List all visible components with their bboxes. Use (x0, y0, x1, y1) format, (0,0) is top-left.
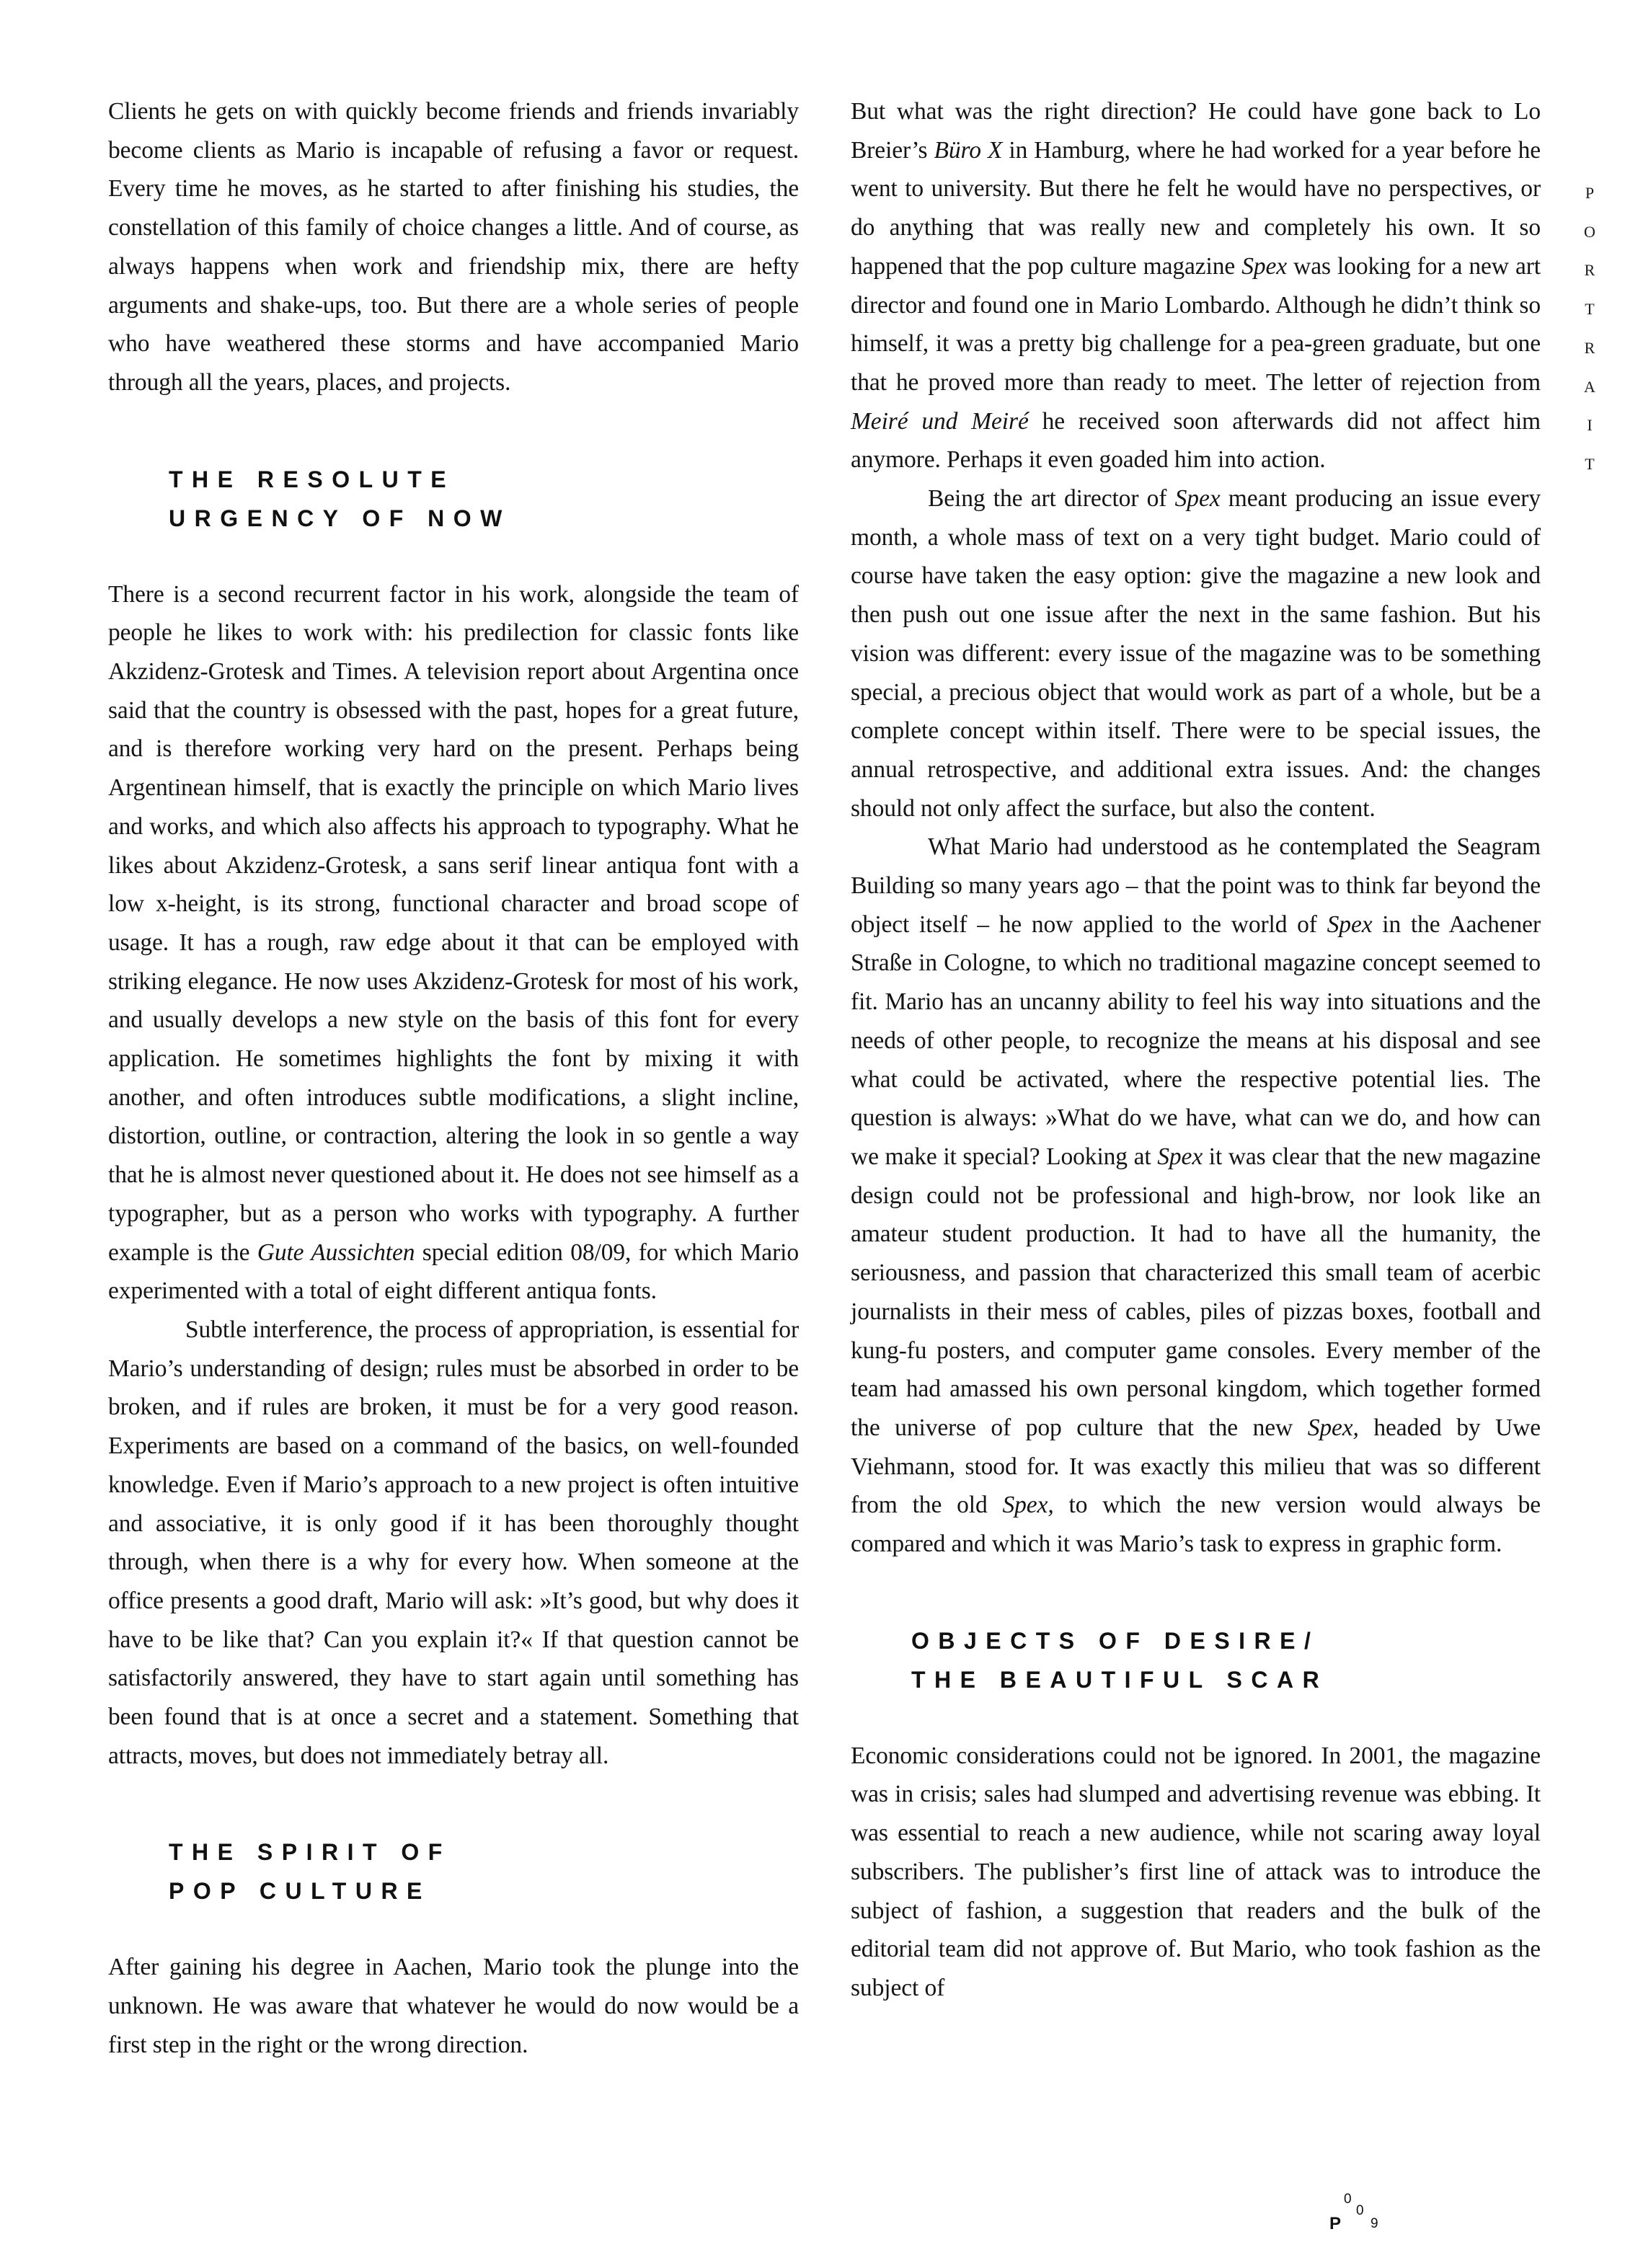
paragraph: But what was the right direction? He cou… (851, 92, 1541, 479)
italic-title: Spex (1175, 485, 1221, 512)
label-letter: O (1579, 213, 1600, 252)
italic-title: Meiré und Meiré (851, 408, 1029, 435)
page-number-digit: 0 (1344, 2192, 1352, 2207)
text-run: it was clear that the new magazine desig… (851, 1143, 1541, 1441)
italic-title: Spex, (1308, 1414, 1359, 1441)
label-letter: I (1579, 406, 1600, 445)
label-letter: T (1579, 445, 1600, 484)
page-number: P 0 0 9 (1312, 2192, 1399, 2249)
spacer (108, 1775, 799, 1833)
page-number-digit: 9 (1371, 2216, 1378, 2232)
heading-line: OBJECTS OF DESIRE/ (911, 1621, 1541, 1660)
text-run: Being the art director of (928, 485, 1175, 512)
italic-title: Spex (1241, 253, 1287, 280)
left-column: Clients he gets on with quickly become f… (108, 92, 799, 2065)
section-heading-resolute-urgency: THE RESOLUTE URGENCY OF NOW (108, 460, 799, 538)
right-column: But what was the right direction? He cou… (851, 92, 1541, 2008)
italic-title: Spex (1157, 1143, 1203, 1170)
paragraph: After gaining his degree in Aachen, Mari… (108, 1948, 799, 2064)
text-run: meant producing an issue every month, a … (851, 485, 1541, 822)
label-letter: T (1579, 290, 1600, 329)
book-page: Clients he gets on with quickly become f… (0, 0, 1625, 2268)
heading-line: THE BEAUTIFUL SCAR (911, 1660, 1541, 1699)
page-number-prefix: P (1329, 2214, 1341, 2234)
vertical-section-label-portrait: P O R T R A I T (1579, 174, 1600, 484)
italic-title: Spex (1327, 911, 1373, 938)
paragraph: Economic considerations could not be ign… (851, 1737, 1541, 2008)
paragraph: Clients he gets on with quickly become f… (108, 92, 799, 402)
spacer (108, 402, 799, 460)
paragraph: Subtle interference, the process of appr… (108, 1311, 799, 1775)
heading-line: THE RESOLUTE (169, 460, 799, 499)
spacer (108, 1910, 799, 1948)
italic-title: Büro X (934, 137, 1003, 164)
paragraph: What Mario had understood as he contempl… (851, 828, 1541, 1563)
heading-line: THE SPIRIT OF (169, 1833, 799, 1871)
spacer (851, 1699, 1541, 1737)
section-heading-spirit-of-pop-culture: THE SPIRIT OF POP CULTURE (108, 1833, 799, 1910)
paragraph: There is a second recurrent factor in hi… (108, 575, 799, 1311)
heading-line: POP CULTURE (169, 1871, 799, 1910)
label-letter: A (1579, 368, 1600, 407)
text-run: There is a second recurrent factor in hi… (108, 581, 799, 1266)
spacer (851, 1564, 1541, 1621)
paragraph: Being the art director of Spex meant pro… (851, 479, 1541, 828)
label-letter: P (1579, 174, 1600, 213)
label-letter: R (1579, 329, 1600, 368)
italic-title: Gute Aussichten (257, 1239, 415, 1266)
text-run: in the Aachener Straße in Cologne, to wh… (851, 911, 1541, 1170)
italic-title: Spex, (1002, 1492, 1053, 1518)
heading-line: URGENCY OF NOW (169, 499, 799, 538)
label-letter: R (1579, 251, 1600, 290)
spacer (108, 538, 799, 575)
page-number-digit: 0 (1356, 2203, 1364, 2219)
section-heading-objects-of-desire: OBJECTS OF DESIRE/ THE BEAUTIFUL SCAR (851, 1621, 1541, 1699)
